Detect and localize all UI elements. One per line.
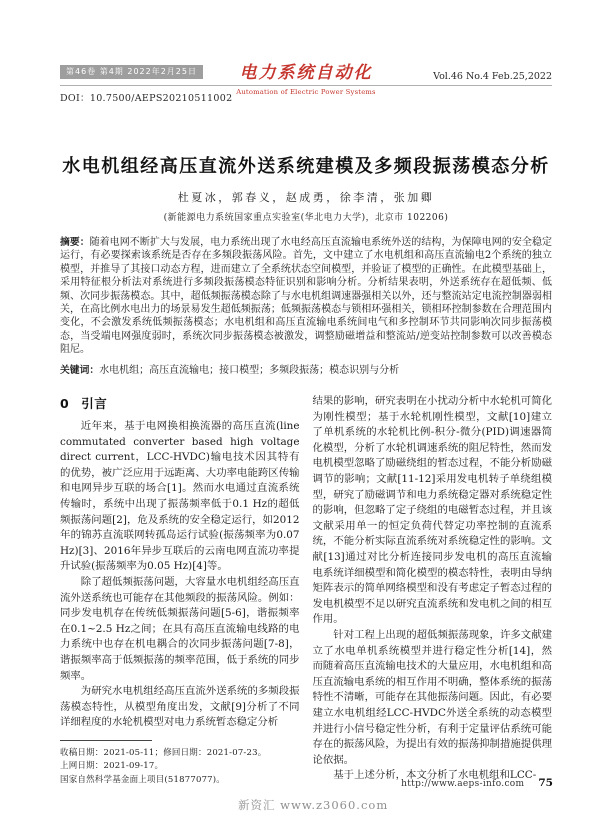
watermark-text: 新资汇 www.z3060.com	[238, 797, 388, 813]
journal-header: 第46卷 第4期 2022年2月25日 DOI：10.7500/AEPS2021…	[60, 62, 552, 110]
abstract-label: 摘要：	[60, 237, 90, 248]
journal-url: http://www.aeps-info.com	[401, 779, 524, 789]
affiliation-line: (新能源电力系统国家重点实验室(华北电力大学)，北京市 102206)	[60, 210, 552, 223]
header-rule	[60, 85, 552, 86]
footnote-line: 收稿日期：2021-05-11；修回日期：2021-07-23。	[60, 747, 300, 761]
abstract-text: 随着电网不断扩大与发展，电力系统出现了水电经高压直流输电系统外送的结构，为保障电…	[60, 237, 552, 355]
abstract-paragraph: 摘要：随着电网不断扩大与发展，电力系统出现了水电经高压直流输电系统外送的结构，为…	[60, 236, 552, 357]
issue-info-en: Vol.46 No.4 Feb.25,2022	[433, 71, 552, 82]
footnote-block: 收稿日期：2021-05-11；修回日期：2021-07-23。 上网日期：20…	[60, 740, 300, 788]
paragraph: 针对工程上出现的超低频振荡现象，许多文献建立了水电单机系统模型并进行稳定性分析[…	[313, 628, 553, 768]
keywords-paragraph: 关键词：水电机组；高压直流输电；接口模型；多频段振荡；模态识别与分析	[60, 364, 552, 377]
issue-badge: 第46卷 第4期 2022年2月25日	[60, 65, 203, 79]
journal-logo-cn: 电力系统自动化	[232, 61, 381, 85]
journal-logo-en: Automation of Electric Power Systems	[236, 88, 376, 96]
paper-page: 第46卷 第4期 2022年2月25日 DOI：10.7500/AEPS2021…	[0, 0, 613, 825]
section-heading-intro: 0引言	[60, 394, 300, 412]
page-number: 75	[538, 777, 553, 789]
section-number: 0	[60, 396, 69, 411]
section-title: 引言	[81, 396, 107, 411]
authors-line: 杜夏冰，郭春义，赵成勇，徐李清，张加卿	[60, 189, 552, 205]
footnote-line: 国家自然科学基金面上项目(51877077)。	[60, 774, 300, 788]
body-columns: 0引言 近年来，基于电网换相换流器的高压直流(line commutated c…	[60, 394, 552, 787]
paragraph: 近年来，基于电网换相换流器的高压直流(line commutated conve…	[60, 419, 300, 575]
paragraph: 除了超低频振荡问题，大容量水电机组经高压直流外送系统也可能存在其他频段的振荡风险…	[60, 575, 300, 684]
keywords-text: 水电机组；高压直流输电；接口模型；多频段振荡；模态识别与分析	[99, 365, 399, 376]
page-footer: http://www.aeps-info.com75	[401, 777, 553, 789]
doi-text: DOI：10.7500/AEPS20210511002	[60, 90, 232, 104]
keywords-label: 关键词：	[60, 365, 99, 376]
footnote-line: 上网日期：2021-09-17。	[60, 760, 300, 774]
paragraph: 结果的影响，研究表明在小扰动分析中水轮机可简化为刚性模型；基于水轮机刚性模型，文…	[313, 394, 553, 628]
paragraph: 为研究水电机组经高压直流外送系统的多频段振荡模态特性，从模型角度出发，文献[9]…	[60, 684, 300, 731]
paper-title: 水电机组经高压直流外送系统建模及多频段振荡模态分析	[60, 152, 552, 178]
footnote-rule	[60, 740, 152, 741]
left-column: 0引言 近年来，基于电网换相换流器的高压直流(line commutated c…	[60, 394, 300, 787]
right-column: 结果的影响，研究表明在小扰动分析中水轮机可简化为刚性模型；基于水轮机刚性模型，文…	[313, 394, 553, 784]
